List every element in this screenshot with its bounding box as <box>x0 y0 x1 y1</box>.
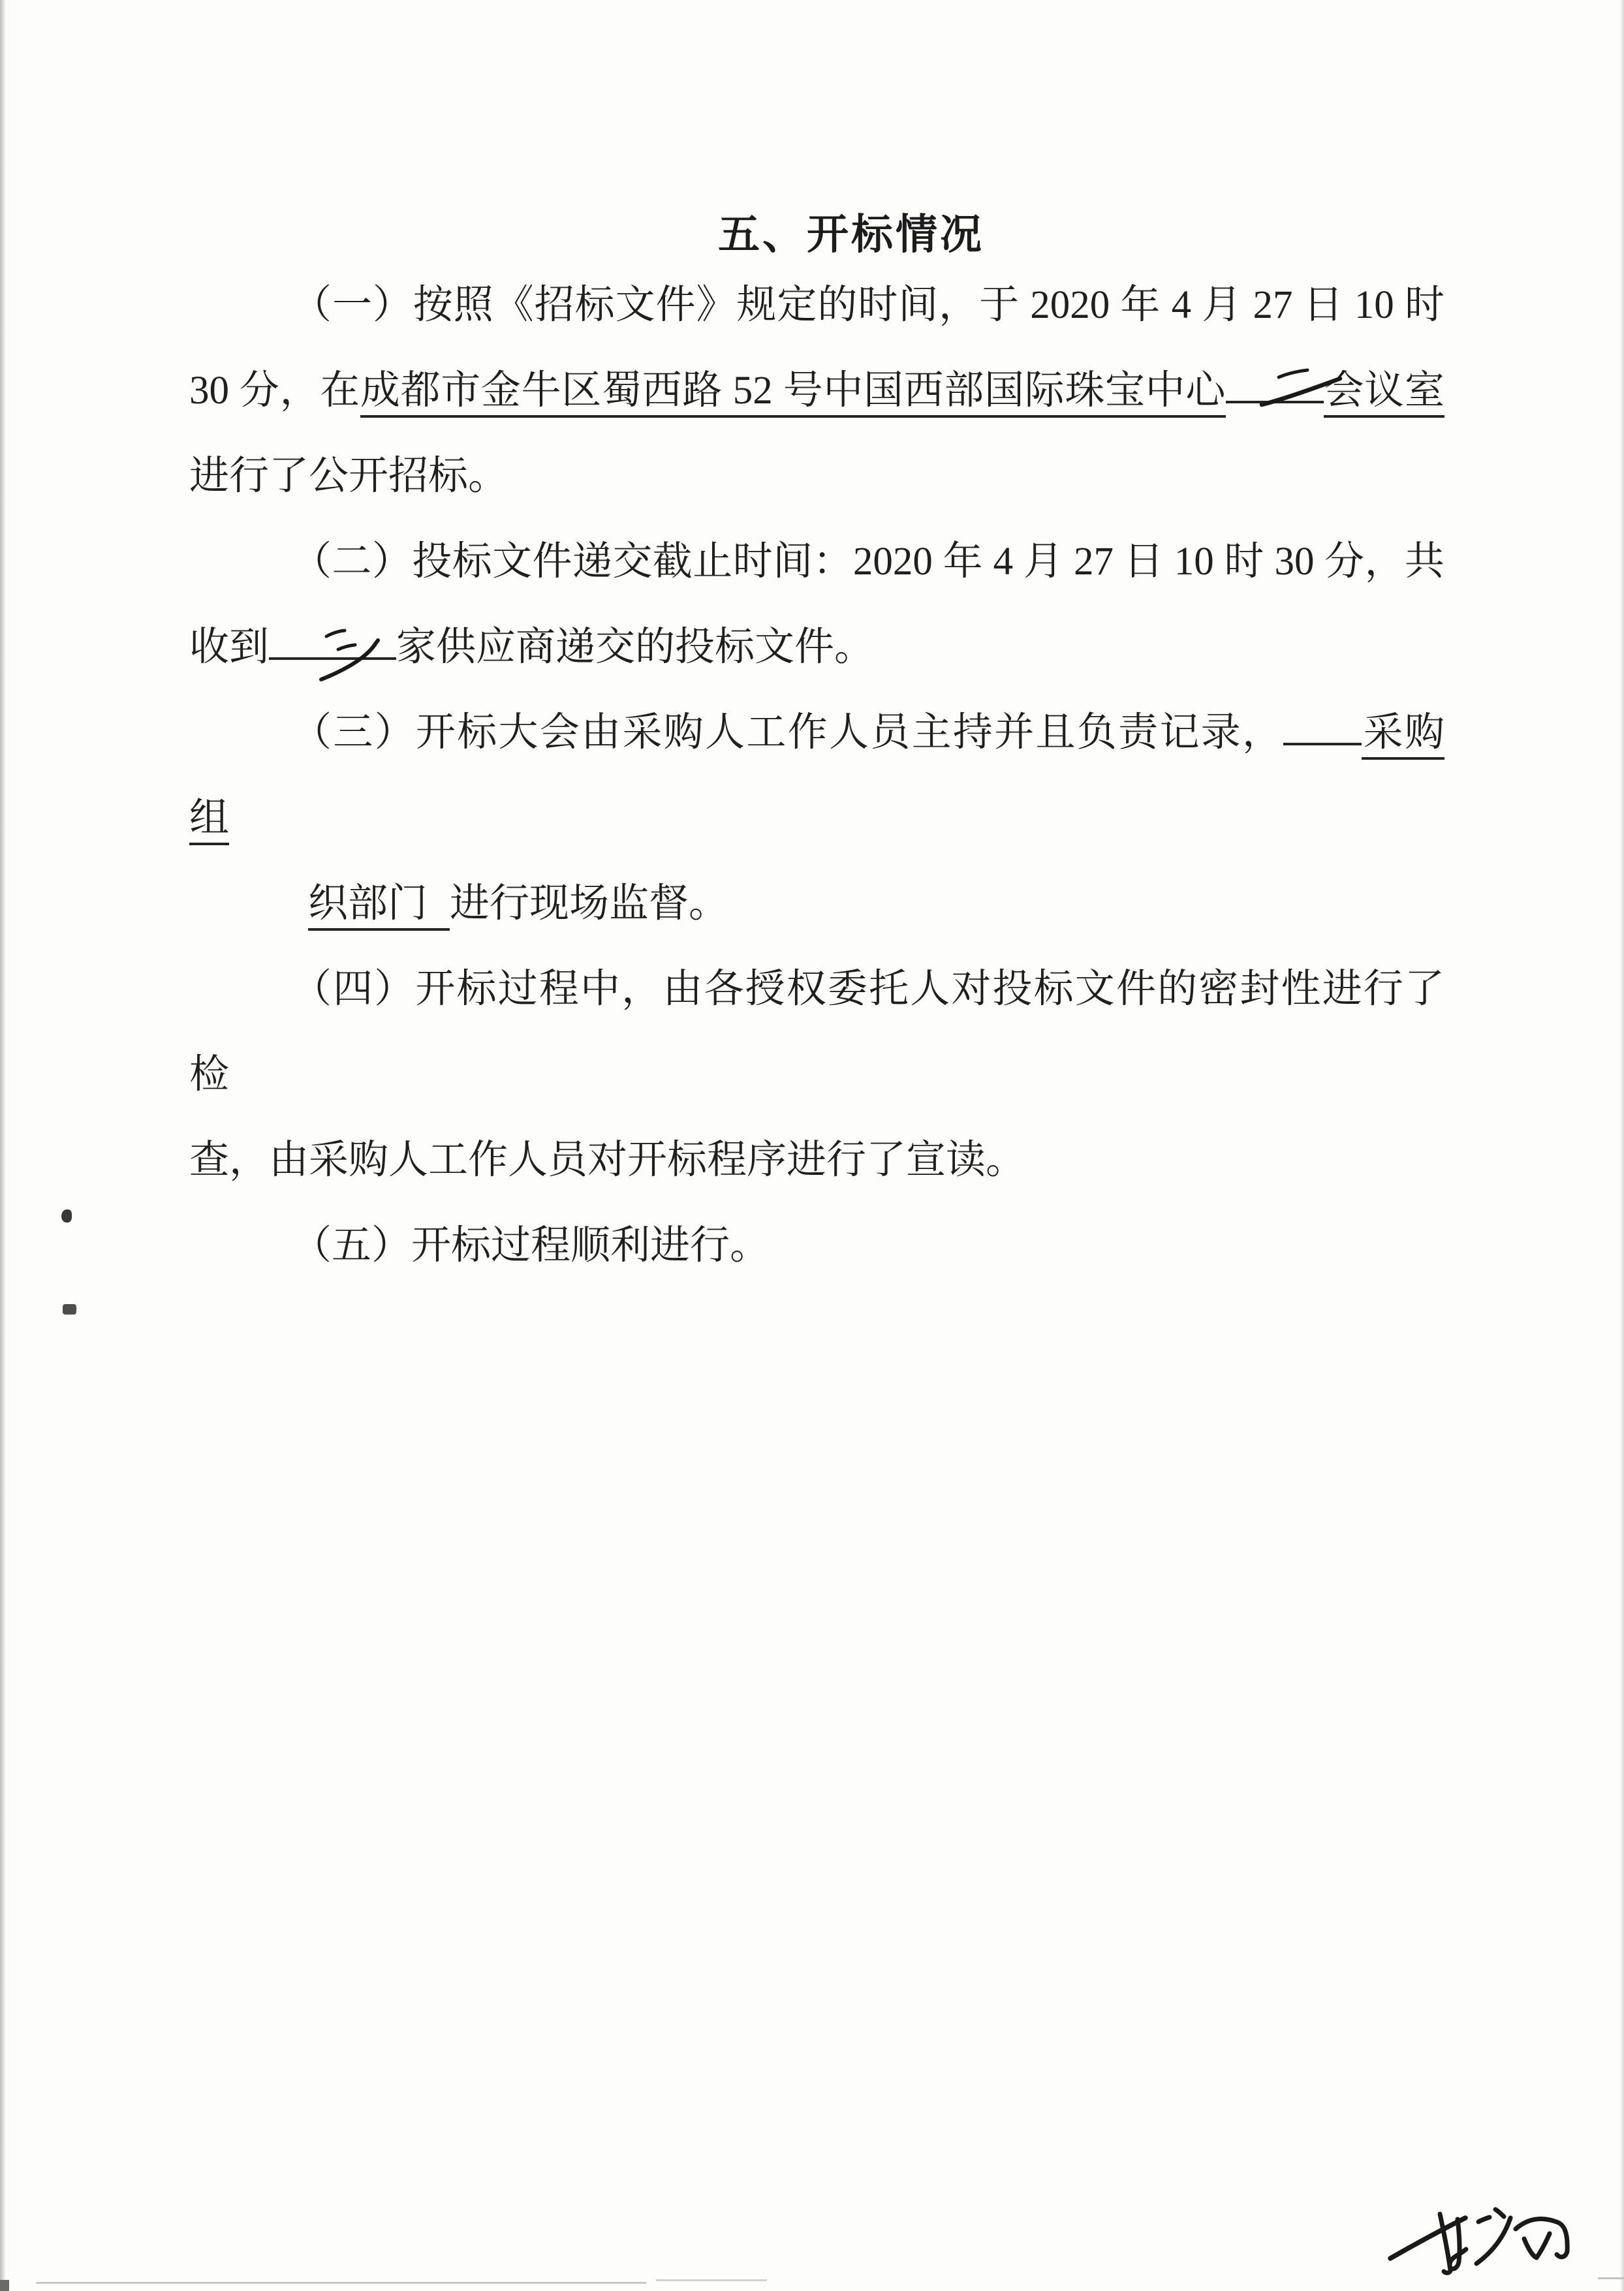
text-line: （二）投标文件递交截止时间：2020 年 4 月 27 日 10 时 30 分，… <box>189 519 1444 604</box>
scan-edge-bottom <box>36 2282 646 2284</box>
text-line: （一）按照《招标文件》规定的时间，于 2020 年 4 月 27 日 10 时 <box>189 262 1444 348</box>
scan-corner-mark <box>0 2280 9 2291</box>
text-segment: 进行了公开招标。 <box>189 454 508 498</box>
blank-underline <box>1226 363 1324 403</box>
text-segment: （五）开标过程顺利进行。 <box>292 1224 770 1268</box>
underlined-segment: 织部门 <box>308 882 450 931</box>
text-segment: 查，由采购人工作人员对开标程序进行了宣读。 <box>189 1138 1025 1182</box>
text-segment: 进行现场监督。 <box>450 882 728 926</box>
blank-underline <box>269 619 396 660</box>
text-segment: 收到 <box>189 625 269 669</box>
scan-edge-bottom <box>656 2279 767 2281</box>
text-segment: （三）开标大会由采购人工作人员主持并且负责记录， <box>292 711 1283 755</box>
underlined-segment: 会议室 <box>1324 369 1444 418</box>
scanned-document-page: 五、开标情况 （一）按照《招标文件》规定的时间，于 2020 年 4 月 27 … <box>0 0 1624 2291</box>
scan-edge-bottom <box>1598 2277 1624 2279</box>
page-title: 五、开标情况 <box>0 201 1624 261</box>
text-line: 收到家供应商递交的投标文件。 <box>189 604 1444 690</box>
underlined-segment: 成都市金牛区蜀西路 52 号中国西部国际珠宝中心 <box>360 369 1226 418</box>
scan-edge-right <box>1620 0 1624 2291</box>
text-segment: 30 分，在 <box>189 369 360 413</box>
text-segment: （二）投标文件递交截止时间：2020 年 4 月 27 日 10 时 30 分，… <box>292 540 1444 584</box>
text-line: （三）开标大会由采购人工作人员主持并且负责记录，采购组 <box>189 690 1444 861</box>
text-line: 进行了公开招标。 <box>189 433 1444 519</box>
text-segment: 家供应商递交的投标文件。 <box>396 625 874 669</box>
ink-speck <box>63 1304 76 1315</box>
text-segment: （四）开标过程中，由各授权委托人对投标文件的密封性进行了检 <box>189 967 1444 1097</box>
text-line: （四）开标过程中，由各授权委托人对投标文件的密封性进行了检 <box>189 946 1444 1117</box>
blank-underline <box>1283 705 1362 745</box>
text-line: （五）开标过程顺利进行。 <box>189 1203 1444 1288</box>
text-line: 30 分，在成都市金牛区蜀西路 52 号中国西部国际珠宝中心会议室 <box>189 348 1444 433</box>
document-body: （一）按照《招标文件》规定的时间，于 2020 年 4 月 27 日 10 时 … <box>189 262 1444 1288</box>
text-segment: （一）按照《招标文件》规定的时间，于 2020 年 4 月 27 日 10 时 <box>292 283 1444 327</box>
text-line: 查，由采购人工作人员对开标程序进行了宣读。 <box>189 1117 1444 1203</box>
scan-edge-left <box>0 0 6 2291</box>
text-line: 织部门进行现场监督。 <box>189 861 1444 946</box>
ink-speck <box>61 1209 72 1223</box>
handwritten-signature <box>1371 2154 1624 2284</box>
